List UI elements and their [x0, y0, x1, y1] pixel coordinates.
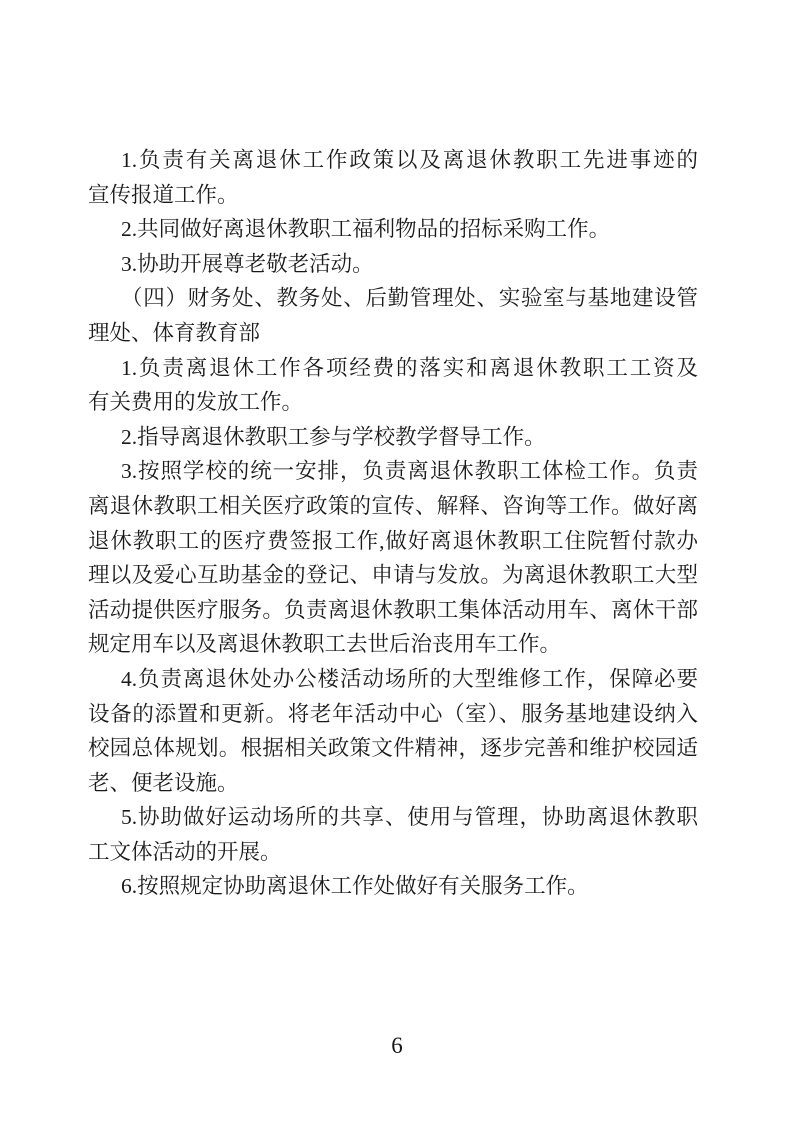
text-line: 退休教职工的医疗费签报工作,做好离退休教职工住院暂付款办 [88, 524, 698, 559]
text-line: 3.按照学校的统一安排，负责离退休教职工体检工作。负责 [88, 454, 698, 489]
text-line: 规定用车以及离退休教职工去世后治丧用车工作。 [88, 627, 698, 662]
text-line: 设备的添置和更新。将老年活动中心（室）、服务基地建设纳入 [88, 697, 698, 732]
text-line: 理以及爱心互助基金的登记、申请与发放。为离退休教职工大型 [88, 558, 698, 593]
text-line: 6.按照规定协助离退休工作处做好有关服务工作。 [88, 869, 698, 904]
text-line: 1.负责离退休工作各项经费的落实和离退休教职工工资及 [88, 351, 698, 386]
text-line: 5.协助做好运动场所的共享、使用与管理，协助离退休教职 [88, 800, 698, 835]
text-line: 离退休教职工相关医疗政策的宣传、解释、咨询等工作。做好离 [88, 489, 698, 524]
text-line: 校园总体规划。根据相关政策文件精神，逐步完善和维护校园适 [88, 731, 698, 766]
text-line: 有关费用的发放工作。 [88, 385, 698, 420]
section-heading-line: （四）财务处、教务处、后勤管理处、实验室与基地建设管 [88, 281, 698, 316]
text-line: 4.负责离退休处办公楼活动场所的大型维修工作，保障必要 [88, 662, 698, 697]
text-line: 2.共同做好离退休教职工福利物品的招标采购工作。 [88, 212, 698, 247]
text-line: 宣传报道工作。 [88, 178, 698, 213]
document-text-block: 1.负责有关离退休工作政策以及离退休教职工先进事迹的 宣传报道工作。 2.共同做… [88, 143, 698, 904]
text-line: 3.协助开展尊老敬老活动。 [88, 247, 698, 282]
section-heading-line: 理处、体育教育部 [88, 316, 698, 351]
text-line: 活动提供医疗服务。负责离退休教职工集体活动用车、离休干部 [88, 593, 698, 628]
text-line: 工文体活动的开展。 [88, 835, 698, 870]
text-line: 1.负责有关离退休工作政策以及离退休教职工先进事迹的 [88, 143, 698, 178]
text-line: 老、便老设施。 [88, 766, 698, 801]
page-number: 6 [0, 1033, 794, 1059]
text-line: 2.指导离退休教职工参与学校教学督导工作。 [88, 420, 698, 455]
